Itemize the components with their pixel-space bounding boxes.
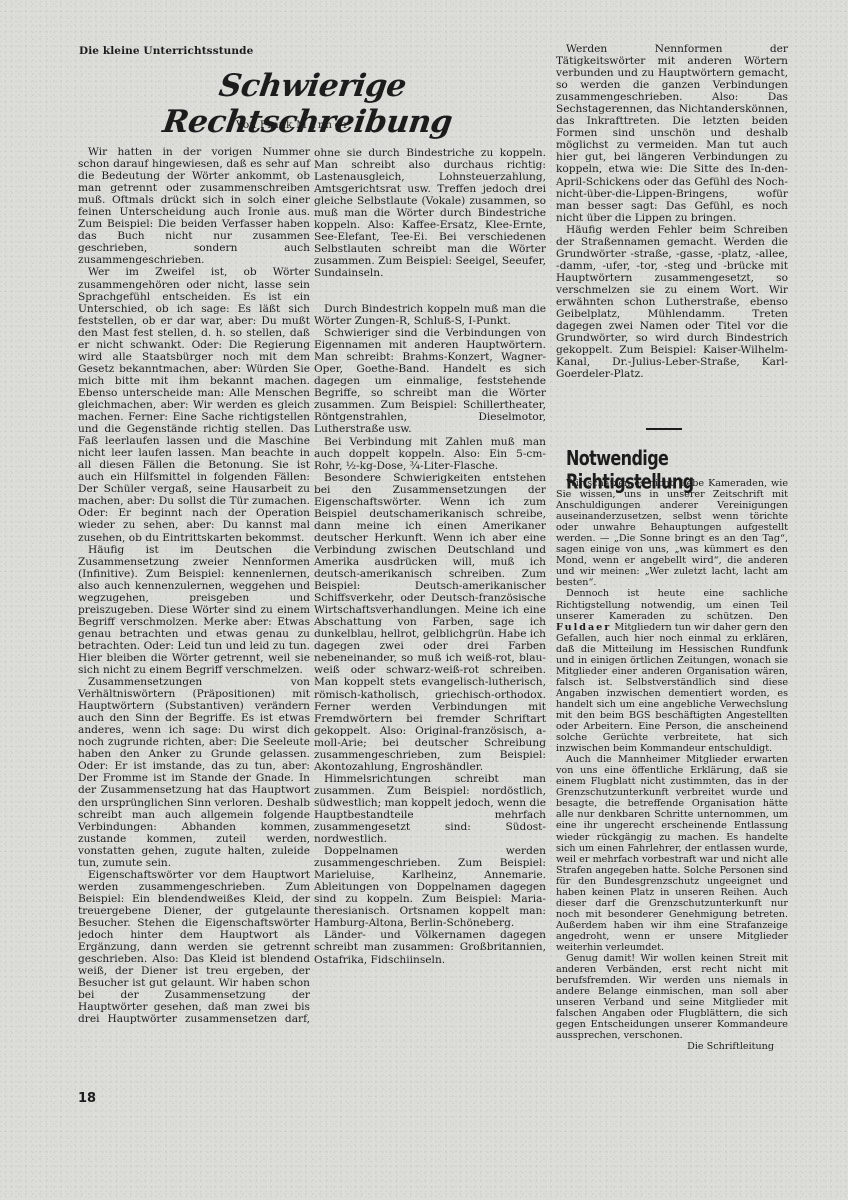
paragraph: Wir schätzen es nicht, liebe Kameraden, …	[556, 478, 788, 588]
paragraph: Auch die Mannheimer Mitglieder erwarten …	[556, 754, 788, 953]
page-number: 18	[78, 1091, 96, 1106]
section-divider	[646, 428, 682, 430]
article-column-3: Werden Nennformen der Tätigkeitswörter m…	[556, 43, 788, 380]
magazine-page: Die kleine Unterrichtsstunde Schwierige …	[0, 0, 848, 1200]
paragraph: Besondere Schwierigkeiten entstehen bei …	[314, 472, 546, 773]
byline-prefix: Von Frank	[236, 119, 296, 131]
notice-column: Wir schätzen es nicht, liebe Kameraden, …	[556, 478, 788, 1052]
paragraph: Schwieriger sind die Verbindungen von Ei…	[314, 327, 546, 435]
emphasized-city: Fuldaer	[556, 622, 611, 633]
paragraph: Himmelsrichtungen schreibt man zusammen.…	[314, 773, 546, 845]
paragraph: Häufig ist im Deutschen die Zusammensetz…	[78, 544, 310, 677]
paragraph: Genug damit! Wir wollen keinen Streit mi…	[556, 953, 788, 1041]
paragraph: Häufig werden Fehler beim Schreiben der …	[556, 224, 788, 381]
paragraph: Eigenschaftswörter vor dem Hauptwort wer…	[78, 869, 310, 1025]
byline: Von Frank Marner	[236, 119, 351, 131]
paragraph: Durch Bindestrich koppeln muß man die Wö…	[314, 303, 546, 327]
paragraph-continued: Eigenschaftswörter vor dem Hauptwort wer…	[314, 146, 546, 303]
section-kicker: Die kleine Unterrichtsstunde	[79, 45, 253, 57]
paragraph: Doppelnamen werden zusammengeschrieben. …	[314, 845, 546, 929]
paragraph: Länder- und Völkernamen dagegen schreibt…	[314, 929, 546, 965]
paragraph: Dennoch ist heute eine sachliche Richtig…	[556, 588, 788, 754]
article-column-1: Wir hatten in der vorigen Nummer schon d…	[78, 146, 310, 1025]
author-name: Marner	[296, 119, 350, 131]
signature: Die Schriftleitung	[556, 1041, 788, 1052]
paragraph: Wer im Zweifel ist, ob Wörter zusammenge…	[78, 266, 310, 543]
text-run: Mitgliedern tun wir daher gern den Gefal…	[556, 622, 788, 755]
paragraph: Werden Nennformen der Tätigkeitswörter m…	[556, 43, 788, 224]
paragraph: Zusammensetzungen von Verhältniswörtern …	[78, 676, 310, 869]
text-run: Dennoch ist heute eine sachliche Richtig…	[556, 588, 788, 621]
paragraph: Wir hatten in der vorigen Nummer schon d…	[78, 146, 310, 266]
paragraph: Bei Verbindung mit Zahlen muß man auch d…	[314, 436, 546, 472]
continued-text: Eigenschaftswörter vor dem Hauptwort wer…	[314, 146, 546, 279]
article-column-2: Eigenschaftswörter vor dem Hauptwort wer…	[314, 146, 546, 966]
